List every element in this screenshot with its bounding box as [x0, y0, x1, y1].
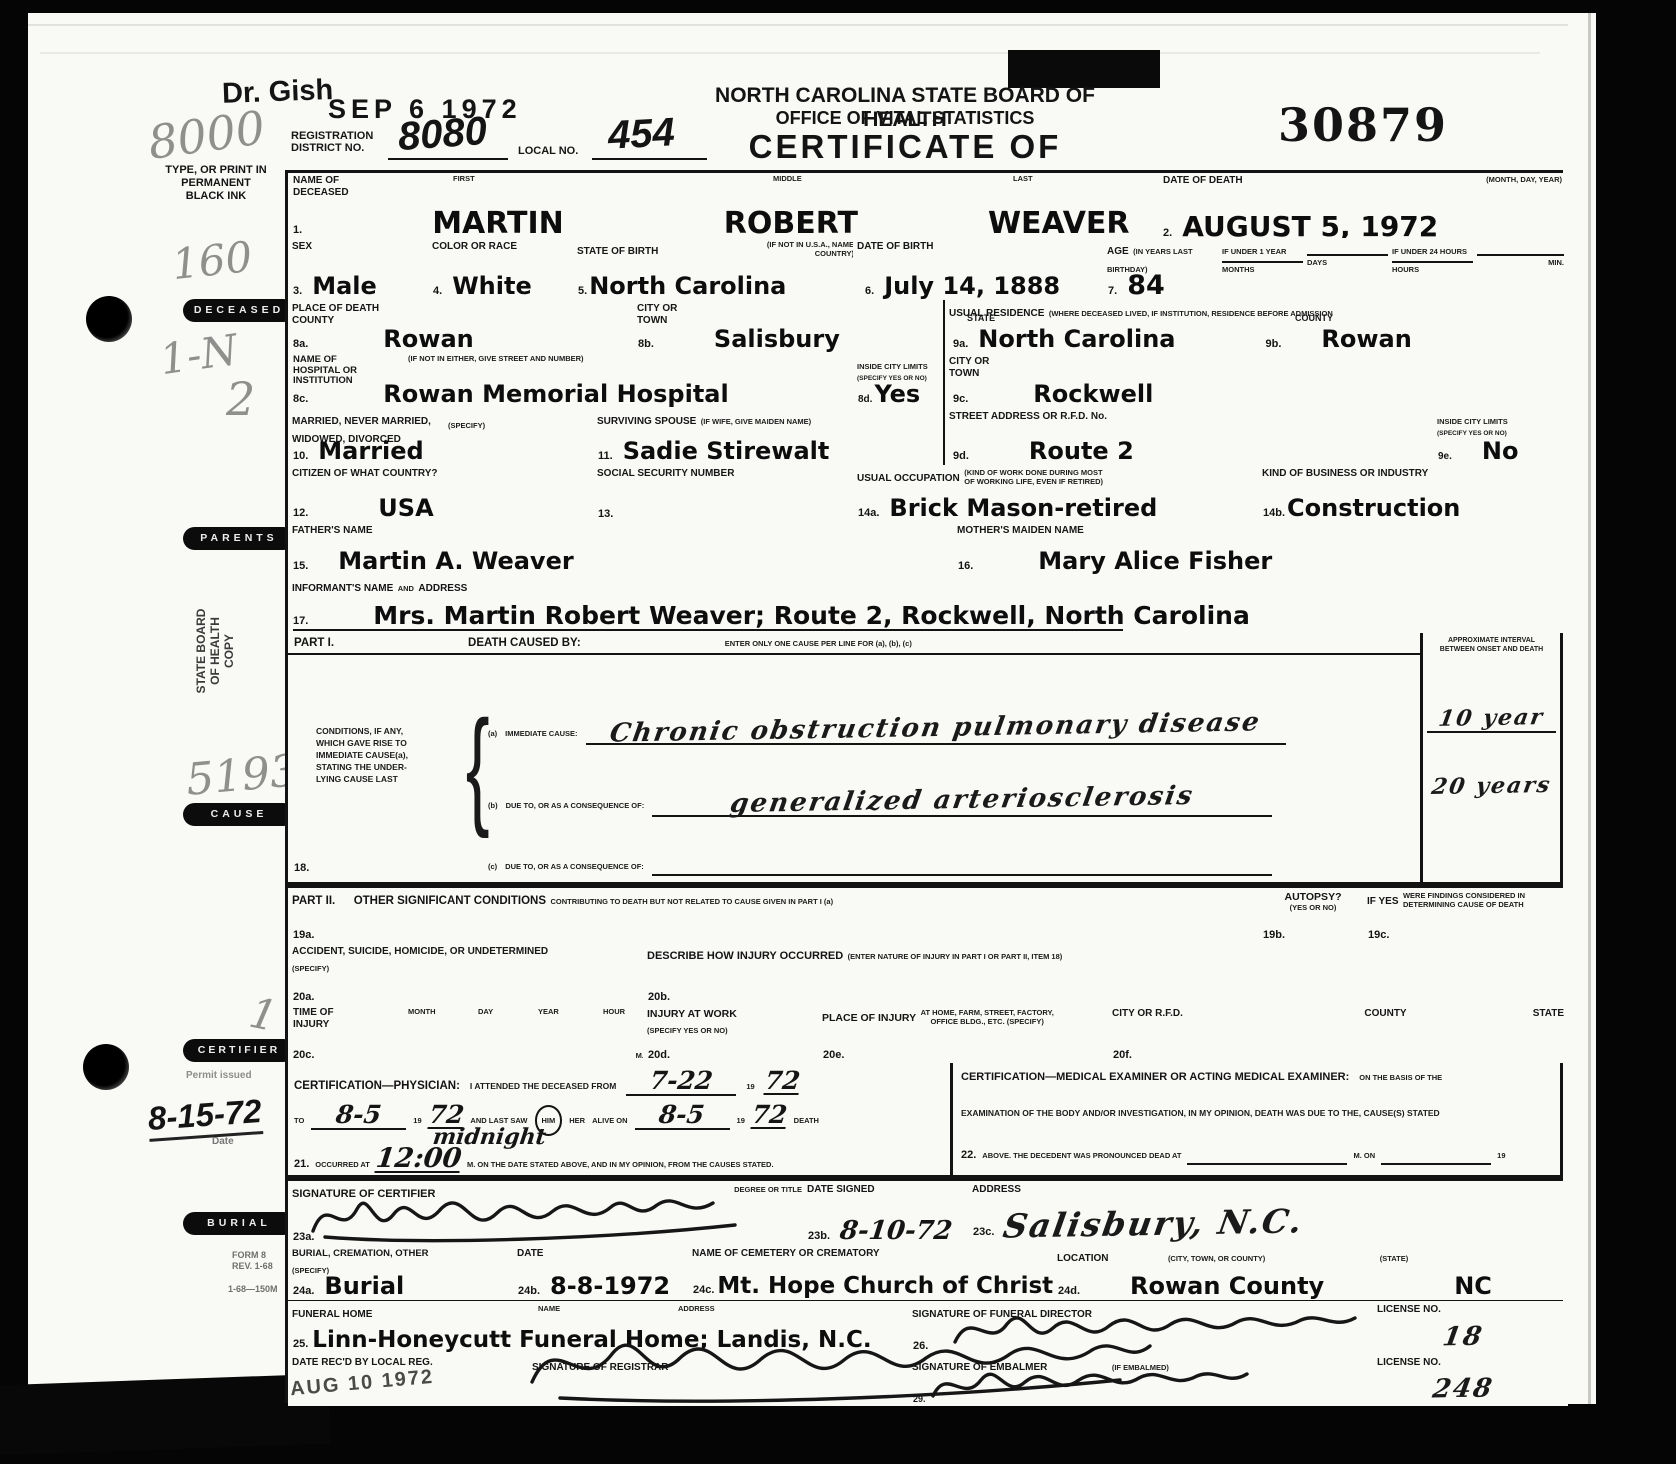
field-age-minutes: MIN. — [1473, 238, 1568, 300]
part1-cause-of-death: PART I. DEATH CAUSED BY: ENTER ONLY ONE … — [288, 633, 1420, 882]
field-hospital: NAME OF HOSPITAL OR INSTITUTION (IF NOT … — [288, 353, 858, 408]
tab-burial: BURIAL — [183, 1212, 295, 1235]
attended-from-value: 7-22 — [649, 1069, 715, 1093]
office-name: OFFICE OF VITAL STATISTICS — [695, 108, 1115, 129]
local-no-label: LOCAL NO. — [518, 146, 578, 158]
scan-artifact — [1008, 50, 1160, 88]
field-inside-city-9e: INSIDE CITY LIMITS (SPECIFY YES OR NO) 9… — [1433, 408, 1568, 465]
field-burial-location: LOCATION (CITY, TOWN, OR COUNTY) (STATE)… — [1053, 1245, 1568, 1300]
margin-note-2: 2 — [226, 372, 255, 426]
director-license-value: 18 — [1441, 1322, 1486, 1353]
field-usual-residence: USUAL RESIDENCE (WHERE DECEASED LIVED, I… — [943, 300, 1570, 353]
death-county-value: Rowan — [383, 327, 473, 351]
burial-state-value: NC — [1454, 1274, 1492, 1298]
inside-city-9e-value: No — [1482, 439, 1519, 463]
interval-a-value: 10 year — [1437, 704, 1546, 732]
inside-city-8d-value: Yes — [874, 382, 920, 406]
registration-district-label: REGISTRATION DISTRICT NO. — [291, 131, 373, 154]
embalmer-signature — [925, 1360, 1255, 1408]
embalmer-license-value: 248 — [1431, 1373, 1496, 1404]
scan-edge-right — [1596, 0, 1676, 1464]
field-injury-state: STATE — [1473, 1005, 1568, 1063]
paper-edge-right — [1588, 0, 1591, 1410]
last-seen-value: 8-5 — [658, 1103, 706, 1127]
page-edge-line — [28, 24, 1568, 26]
margin-note-160: 160 — [170, 232, 255, 289]
field-embalmer-license: LICENSE NO. 248 — [1373, 1354, 1568, 1406]
field-date-signed: DATE SIGNED 23b. 8-10-72 — [803, 1181, 973, 1245]
field-cemetery: NAME OF CEMETERY OR CREMATORY 24c. Mt. H… — [688, 1245, 1058, 1300]
deceased-middle-name: ROBERT — [724, 209, 858, 239]
field-autopsy: AUTOPSY? (YES OR NO) 19b. — [1258, 888, 1368, 943]
sex-value: Male — [312, 274, 377, 298]
field-death-city: CITY OR TOWN 8b. Salisbury — [633, 300, 948, 353]
certification-physician: CERTIFICATION—PHYSICIAN: I ATTENDED THE … — [288, 1063, 950, 1175]
date-of-death-value: AUGUST 5, 1972 — [1182, 215, 1438, 239]
date-signed-value: 8-10-72 — [839, 1219, 954, 1243]
date-of-birth-value: July 14, 1888 — [884, 274, 1060, 298]
field-mother-name: MOTHER'S MAIDEN NAME 16. Mary Alice Fish… — [953, 522, 1568, 575]
field-accident-suicide: ACCIDENT, SUICIDE, HOMICIDE, OR UNDETERM… — [288, 943, 648, 1005]
informant-value: Mrs. Martin Robert Weaver; Route 2, Rock… — [373, 604, 1250, 628]
scan-edge-left — [0, 0, 26, 1464]
citizen-value: USA — [378, 496, 433, 520]
field-time-of-injury: TIME OF INJURY MONTH DAY YEAR HOUR 20c. … — [288, 1005, 648, 1063]
occupation-value: Brick Mason-retired — [889, 496, 1157, 520]
field-age-days: DAYS — [1303, 238, 1393, 300]
part1-interval-column: APPROXIMATE INTERVAL BETWEEN ONSET AND D… — [1423, 633, 1560, 882]
field-burial-date: DATE 24b. 8-8-1972 — [513, 1245, 693, 1300]
certificate-number: 30879 — [1278, 98, 1448, 152]
field-certifier-address: ADDRESS 23c. Salisbury, N.C. — [968, 1181, 1568, 1245]
state-of-birth-value: North Carolina — [589, 274, 786, 298]
permit-date-label: Date — [212, 1136, 234, 1147]
field-industry: KIND OF BUSINESS OR INDUSTRY 14b. Constr… — [1258, 465, 1568, 522]
part2-other-conditions: PART II. OTHER SIGNIFICANT CONDITIONS CO… — [288, 888, 1263, 943]
industry-value: Construction — [1287, 496, 1460, 520]
age-value: 84 — [1127, 274, 1165, 298]
certifier-address-value: Salisbury, N.C. — [1001, 1201, 1307, 1245]
field-father-name: FATHER'S NAME 15. Martin A. Weaver — [288, 522, 958, 575]
field-informant: INFORMANT'S NAME AND ADDRESS 17. Mrs. Ma… — [288, 575, 1568, 633]
attended-to-value: 8-5 — [335, 1103, 383, 1127]
tab-parents: PARENTS — [183, 527, 295, 550]
form-number: FORM 8 REV. 1-68 — [232, 1250, 273, 1272]
field-age-hours: IF UNDER 24 HOURS HOURS — [1388, 238, 1478, 300]
local-no-value: 454 — [607, 110, 676, 158]
hole-punch — [86, 296, 132, 342]
permit-issued-label: Permit issued — [186, 1070, 252, 1081]
death-city-value: Salisbury — [714, 327, 840, 351]
field-death-county: PLACE OF DEATH COUNTY 8a. Rowan — [288, 300, 638, 353]
tab-cause: CAUSE — [183, 803, 295, 826]
field-age-months: IF UNDER 1 YEAR MONTHS — [1218, 238, 1308, 300]
field-age: AGE (IN YEARS LAST BIRTHDAY) 7.84 — [1103, 238, 1223, 300]
tab-deceased: DECEASED — [183, 299, 295, 322]
field-injury-county: COUNTY — [1293, 1005, 1478, 1063]
field-injury-at-work: INJURY AT WORK (SPECIFY YES OR NO) 20d. — [643, 1005, 823, 1063]
mother-name-value: Mary Alice Fisher — [1038, 549, 1272, 573]
hospital-value: Rowan Memorial Hospital — [383, 382, 728, 406]
field-surviving-spouse: SURVIVING SPOUSE (IF WIFE, GIVE MAIDEN N… — [593, 408, 948, 465]
tab-certifier: CERTIFIER — [183, 1039, 295, 1062]
residence-city-value: Rockwell — [1033, 382, 1153, 406]
scan-shadow-bottom-left — [0, 1374, 331, 1457]
field-occupation: USUAL OCCUPATION (KIND OF WORK DONE DURI… — [853, 465, 1263, 522]
cemetery-value: Mt. Hope Church of Christ — [717, 1274, 1053, 1298]
field-autopsy-findings: IF YES WERE FINDINGS CONSIDERED IN DETER… — [1363, 888, 1568, 943]
field-citizen: CITIZEN OF WHAT COUNTRY? 12. USA — [288, 465, 598, 522]
field-residence-city: CITY OR TOWN 9c. Rockwell — [943, 353, 1570, 408]
burial-type-value: Burial — [324, 1274, 404, 1298]
field-place-of-injury: PLACE OF INJURY AT HOME, FARM, STREET, F… — [818, 1005, 1113, 1063]
underlying-cause-value: generalized arteriosclerosis — [728, 781, 1196, 819]
field-state-of-birth: STATE OF BIRTH (IF NOT IN U.S.A., NAME C… — [573, 238, 858, 300]
hole-punch — [83, 1044, 129, 1090]
field-date-of-death: DATE OF DEATH (MONTH, DAY, YEAR) 2. AUGU… — [1158, 173, 1568, 241]
residence-county-value: Rowan — [1321, 327, 1411, 351]
field-injury-city: CITY OR R.F.D. 20f. — [1108, 1005, 1298, 1063]
permit-date: 8-15-72 — [147, 1092, 263, 1142]
interval-b-value: 20 years — [1430, 772, 1554, 800]
scanned-death-certificate: { "header": { "doctor_note": "Dr. Gish",… — [0, 0, 1676, 1464]
field-marital-status: MARRIED, NEVER MARRIED, WIDOWED, DIVORCE… — [288, 408, 598, 465]
deceased-last-name: WEAVER — [988, 209, 1130, 239]
ink-instruction: TYPE, OR PRINT IN PERMANENT BLACK INK — [150, 164, 282, 203]
field-inside-city-8d: INSIDE CITY LIMITS (SPECIFY YES OR NO) 8… — [853, 353, 948, 408]
certifier-signature — [305, 1185, 765, 1247]
copy-designation: STATE BOARD OF HEALTH COPY — [194, 586, 236, 716]
race-value: White — [452, 274, 532, 298]
page-edge-line — [40, 52, 1540, 54]
field-date-of-birth: DATE OF BIRTH 6.July 14, 1888 — [853, 238, 1108, 300]
field-describe-injury: DESCRIBE HOW INJURY OCCURRED (ENTER NATU… — [643, 943, 1568, 1005]
spouse-value: Sadie Stirewalt — [623, 439, 830, 463]
deceased-first-name: MARTIN — [432, 209, 564, 239]
field-color-or-race: COLOR OR RACE 4.White — [428, 238, 578, 300]
scan-edge-top — [0, 0, 1676, 13]
field-director-license: LICENSE NO. 18 — [1373, 1301, 1568, 1354]
field-date-received: DATE REC'D BY LOCAL REG. AUG 10 1972 — [288, 1354, 533, 1406]
burial-date-value: 8-8-1972 — [550, 1274, 670, 1298]
field-name-of-deceased: NAME OF DECEASED FIRST MIDDLE LAST 1. MA… — [288, 173, 1163, 241]
burial-location-value: Rowan County — [1130, 1274, 1324, 1298]
field-sex: SEX 3.Male — [288, 238, 433, 300]
father-name-value: Martin A. Weaver — [338, 549, 573, 573]
death-time-value: 12:00 — [374, 1147, 462, 1173]
field-burial-type: BURIAL, CREMATION, OTHER (SPECIFY) 24a. … — [288, 1245, 518, 1300]
registration-district-value: 8080 — [397, 109, 489, 160]
street-address-value: Route 2 — [1029, 439, 1134, 463]
residence-state-value: North Carolina — [978, 327, 1175, 351]
margin-note-5193: 5193 — [184, 745, 300, 806]
received-stamp-value: AUG 10 1972 — [289, 1366, 435, 1401]
field-street-address: STREET ADDRESS OR R.F.D. No. 9d. Route 2 — [943, 408, 1440, 465]
field-ssn: SOCIAL SECURITY NUMBER 13. — [593, 465, 858, 522]
brace-glyph: { — [466, 691, 490, 841]
marital-value: Married — [318, 439, 423, 463]
print-run: 1-68—150M — [228, 1284, 278, 1294]
certification-medical-examiner: CERTIFICATION—MEDICAL EXAMINER OR ACTING… — [953, 1063, 1560, 1175]
certificate-form: NAME OF DECEASED FIRST MIDDLE LAST 1. MA… — [285, 170, 1563, 1403]
immediate-cause-value: Chronic obstruction pulmonary disease — [608, 707, 1263, 748]
